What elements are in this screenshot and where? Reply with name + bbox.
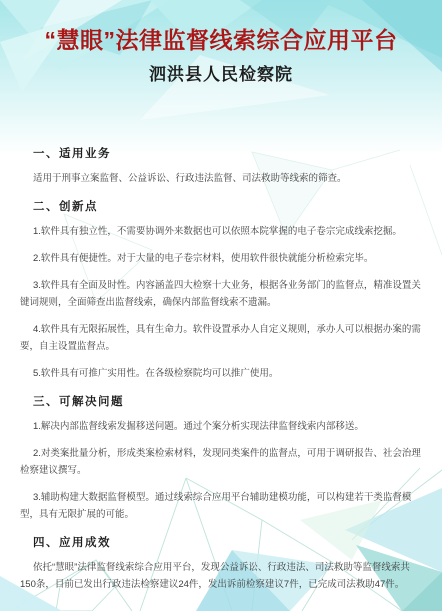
section-solvable-problems: 三、可解决问题 1.解决内部监督线索发掘移送问题。通过个案分析实现法律监督线索内…: [20, 395, 425, 523]
paragraph: 1.软件具有独立性，不需要协调外来数据也可以依照本院掌握的电子卷宗完成线索挖掘。: [20, 223, 425, 240]
document-body: 一、适用业务 适用于刑事立案监督、公益诉讼、行政违法监督、司法救助等线索的筛查。…: [20, 147, 425, 593]
paragraph: 1.解决内部监督线索发掘移送问题。通过个案分析实现法律监督线索内部移送。: [20, 418, 425, 435]
paragraph: 5.软件具有可推广实用性。在各级检察院均可以推广使用。: [20, 365, 425, 382]
section-innovations: 二、创新点 1.软件具有独立性，不需要协调外来数据也可以依照本院掌握的电子卷宗完…: [20, 200, 425, 382]
section-heading: 三、可解决问题: [33, 395, 425, 409]
paragraph: 4.软件具有无限拓展性，具有生命力。软件设置承办人自定义规则，承办人可以根据办案…: [20, 321, 425, 355]
document-content: “慧眼”法律监督线索综合应用平台 泗洪县人民检察院 一、适用业务 适用于刑事立案…: [0, 26, 442, 593]
paragraph: 依托“慧眼”法律监督线索综合应用平台，发现公益诉讼、行政违法、司法救助等监督线索…: [20, 559, 425, 593]
section-heading: 一、适用业务: [33, 147, 425, 161]
paragraph: 2.对类案批量分析，形成类案检索材料，发现同类案件的监督点，可用于调研报告、社会…: [20, 445, 425, 479]
section-applicable-business: 一、适用业务 适用于刑事立案监督、公益诉讼、行政违法监督、司法救助等线索的筛查。: [20, 147, 425, 187]
section-application-results: 四、应用成效 依托“慧眼”法律监督线索综合应用平台，发现公益诉讼、行政违法、司法…: [20, 536, 425, 593]
section-heading: 四、应用成效: [33, 536, 425, 550]
paragraph: 2.软件具有便捷性。对于大量的电子卷宗材料，使用软件很快就能分析检索完毕。: [20, 250, 425, 267]
page-title: “慧眼”法律监督线索综合应用平台: [8, 26, 434, 54]
poster-page: “慧眼”法律监督线索综合应用平台 泗洪县人民检察院 一、适用业务 适用于刑事立案…: [0, 0, 442, 611]
paragraph: 适用于刑事立案监督、公益诉讼、行政违法监督、司法救助等线索的筛查。: [20, 170, 425, 187]
page-subtitle: 泗洪县人民检察院: [8, 65, 434, 85]
paragraph: 3.辅助构建大数据监督模型。通过线索综合应用平台辅助建模功能，可以构建若干类监督…: [20, 489, 425, 523]
section-heading: 二、创新点: [33, 200, 425, 214]
paragraph: 3.软件具有全面及时性。内容涵盖四大检察十大业务，根据各业务部门的监督点，精准设…: [20, 277, 425, 311]
